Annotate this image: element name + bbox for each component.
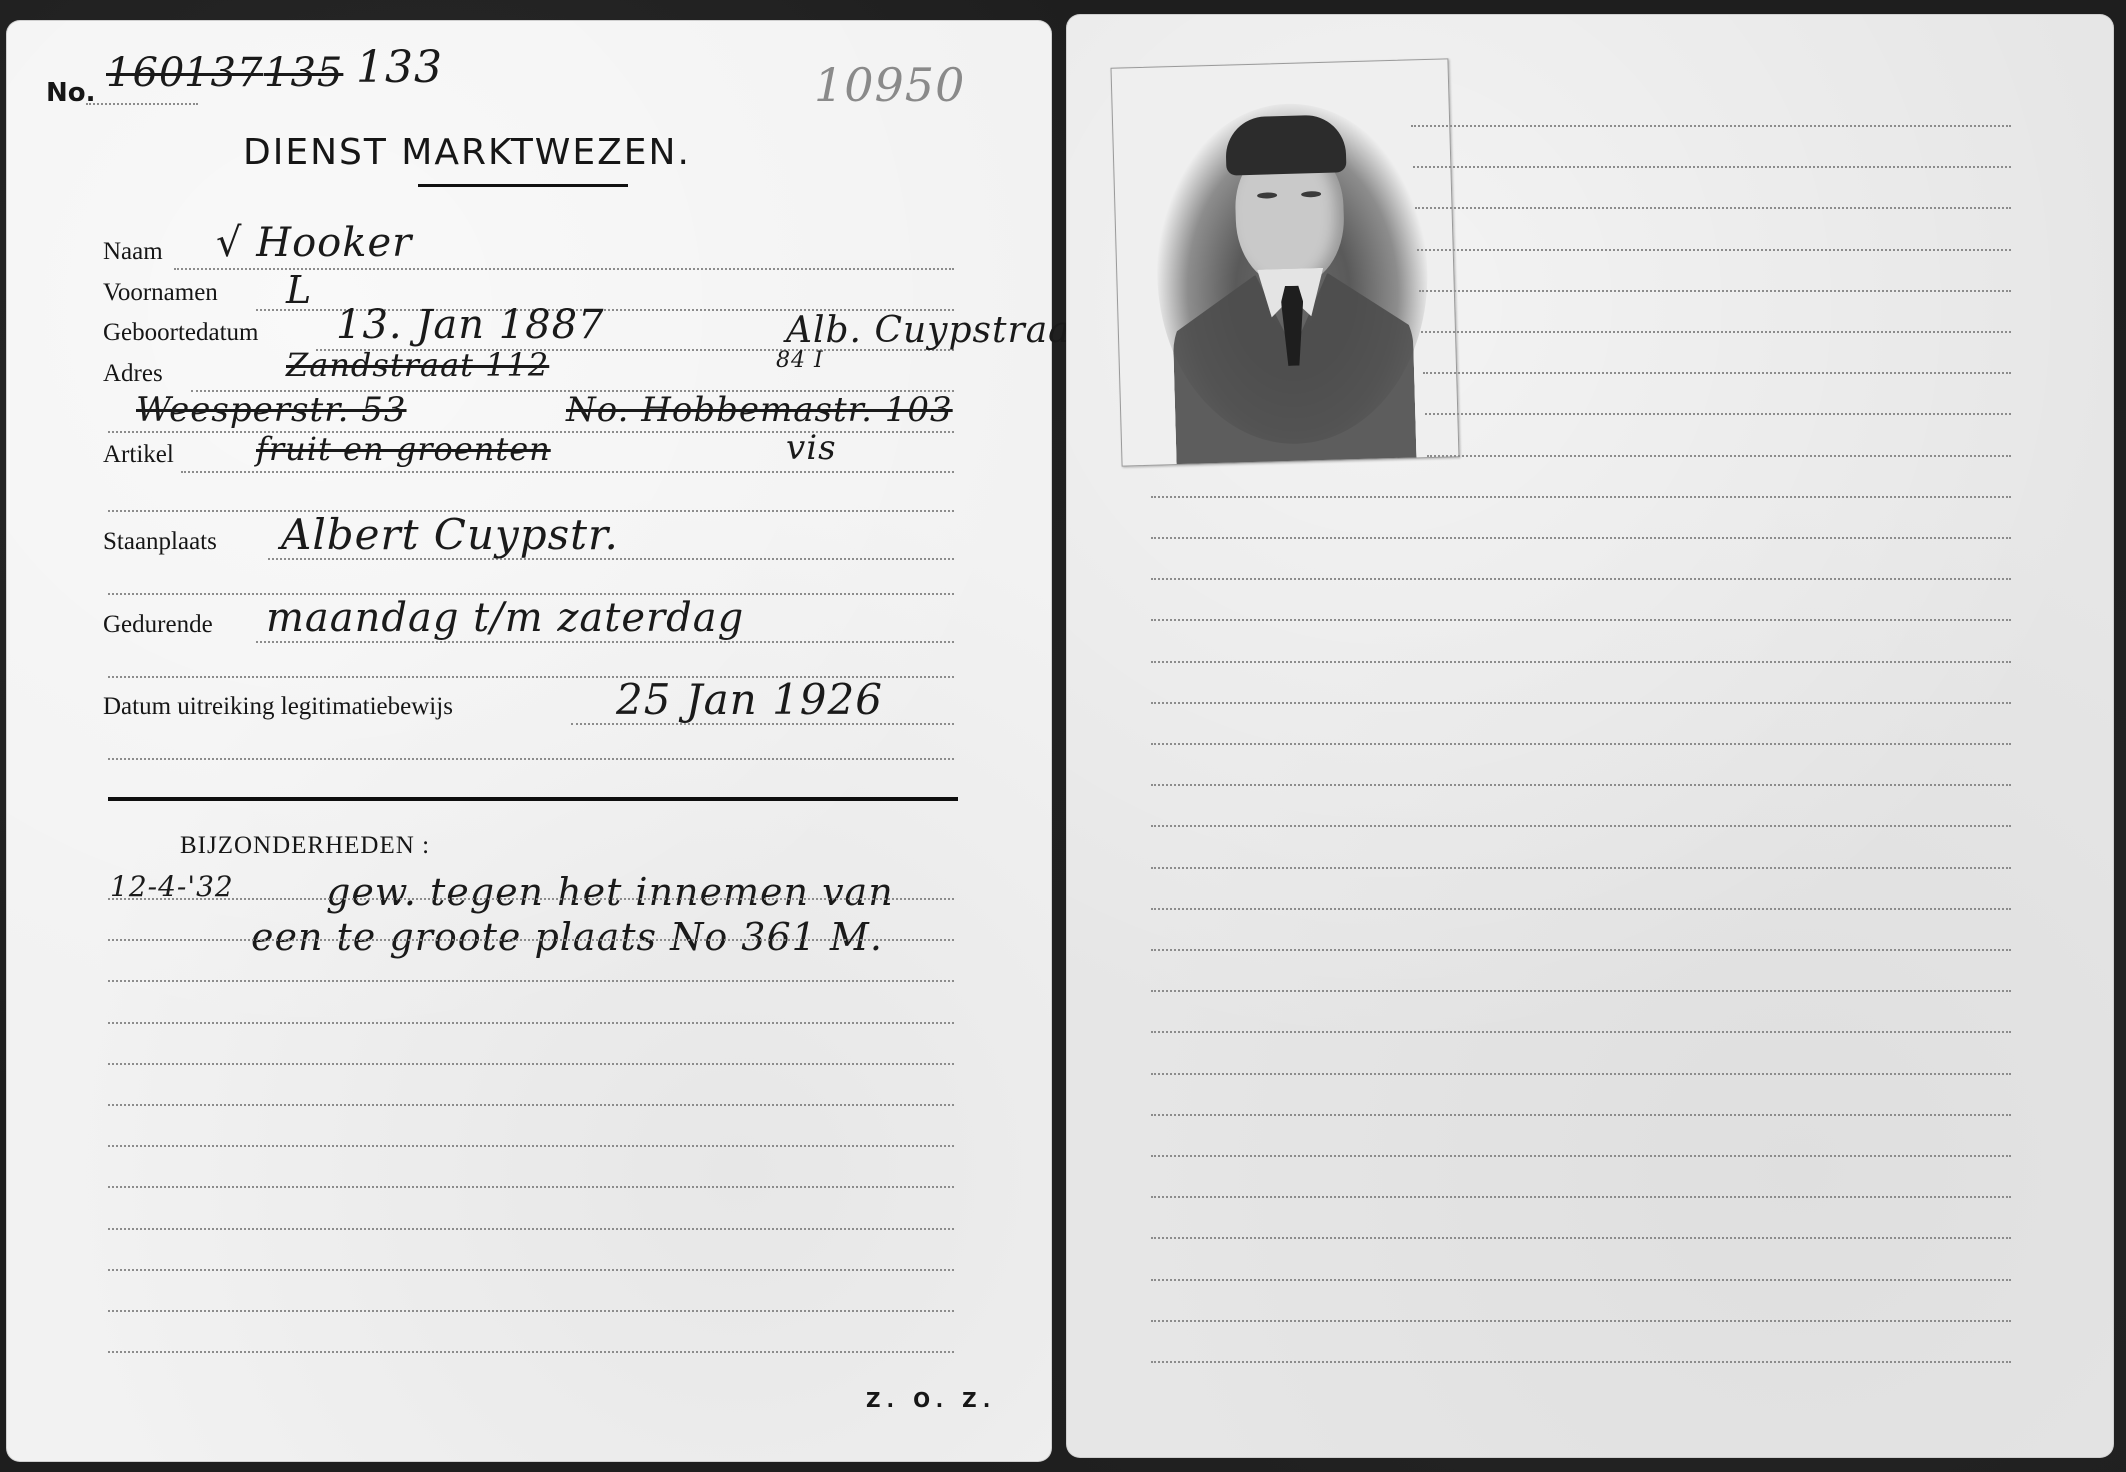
ruled-line: [1151, 619, 2011, 621]
ruled-line: [1151, 990, 2011, 992]
field-value-gedurende[interactable]: maandag t/m zaterdag: [266, 595, 744, 641]
ruled-line: [1151, 949, 2011, 951]
field-value-voornamen[interactable]: L: [286, 268, 312, 312]
ruled-line: [108, 1104, 954, 1106]
adres-struck-1: Zandstraat 112: [286, 346, 549, 384]
ruled-line: [108, 1310, 954, 1312]
ruled-line: [1151, 537, 2011, 539]
field-value-artikel[interactable]: vis: [786, 428, 837, 468]
current-number: 133: [356, 42, 443, 93]
ruled-line: [108, 1022, 954, 1024]
adres-struck-2: Weesperstr. 53: [136, 390, 407, 430]
ruled-line: [1151, 1237, 2011, 1239]
field-label-artikel: Artikel: [103, 441, 174, 469]
field-value-geboortedatum[interactable]: 13. Jan 1887: [336, 302, 604, 348]
ruled-line: [1151, 784, 2011, 786]
bijzonderheden-line-1[interactable]: gew. tegen het innemen van: [326, 870, 894, 914]
ruled-line: [1423, 372, 2011, 374]
adres-added-line-1[interactable]: 84 I: [776, 348, 824, 373]
ruled-line: [1413, 166, 2011, 168]
ruled-line: [1151, 908, 2011, 910]
ruled-line: [1419, 290, 2011, 292]
ruled-line: [1425, 413, 2011, 415]
ruled-line: [1151, 1073, 2011, 1075]
ruled-line: [1151, 1361, 2011, 1363]
field-value-naam[interactable]: √ Hooker: [216, 220, 412, 266]
ruled-line: [1151, 825, 2011, 827]
ruled-line: [1411, 125, 2011, 127]
ruled-line: [1415, 207, 2011, 209]
field-label-staanplaats: Staanplaats: [103, 528, 217, 556]
field-value-staanplaats[interactable]: Albert Cuypstr.: [281, 510, 619, 559]
ruled-line: [108, 1228, 954, 1230]
registration-card-back: [1066, 14, 2114, 1458]
ruled-line: [108, 1269, 954, 1271]
artikel-struck-value: fruit en groenten: [256, 430, 551, 468]
ruled-line: [1151, 1031, 2011, 1033]
section-rule: [108, 797, 958, 801]
ruled-line: [108, 939, 954, 941]
ruled-line: [108, 898, 954, 900]
zoz-footer: Z. O. Z.: [866, 1388, 996, 1412]
bijzonderheden-label: BIJZONDERHEDEN :: [180, 832, 430, 860]
ruled-line: [1151, 578, 2011, 580]
field-label-adres: Adres: [103, 360, 163, 388]
blank-line-4: [108, 758, 954, 760]
title-rule: [418, 184, 628, 187]
registration-card-front: No. 160 137 135 133 10950 DIENST MARKTWE…: [6, 20, 1052, 1462]
field-label-voornamen: Voornamen: [103, 279, 218, 307]
ruled-line: [108, 1063, 954, 1065]
ruled-line: [108, 1351, 954, 1353]
ruled-line: [1151, 1279, 2011, 1281]
artikel-line: [181, 471, 954, 473]
adres-struck-3: No. Hobbemastr. 103: [566, 390, 953, 430]
field-label-datum-uitreiking: Datum uitreiking legitimatiebewijs: [103, 693, 453, 721]
number-dotted-line: [86, 103, 198, 105]
card-title: DIENST MARKTWEZEN.: [243, 132, 691, 173]
ruled-line: [1151, 1196, 2011, 1198]
field-label-naam: Naam: [103, 238, 163, 266]
ruled-line: [1427, 455, 2011, 457]
ruled-line: [1151, 1114, 2011, 1116]
struck-number-3: 135: [264, 50, 343, 96]
struck-number-2: 137: [184, 50, 263, 96]
field-value-datum-uitreiking[interactable]: 25 Jan 1926: [616, 675, 883, 724]
ruled-line: [1151, 1320, 2011, 1322]
ruled-line: [1417, 249, 2011, 251]
ruled-line: [108, 980, 954, 982]
ruled-line: [1151, 702, 2011, 704]
struck-number-1: 160: [106, 50, 185, 96]
field-label-geboortedatum: Geboortedatum: [103, 319, 259, 347]
ruled-line: [1151, 496, 2011, 498]
ruled-line: [1151, 867, 2011, 869]
gedurende-line: [256, 641, 954, 643]
pencil-stamp-number: 10950: [814, 58, 965, 112]
field-label-gedurende: Gedurende: [103, 611, 213, 639]
ruled-line: [1151, 743, 2011, 745]
ruled-line: [1421, 331, 2011, 333]
portrait-photo: [1110, 58, 1459, 466]
ruled-line: [1151, 661, 2011, 663]
ruled-line: [1151, 1155, 2011, 1157]
ruled-line: [108, 1186, 954, 1188]
bijzonderheden-line-2[interactable]: een te groote plaats No 361 M.: [251, 915, 883, 959]
ruled-line: [108, 1145, 954, 1147]
